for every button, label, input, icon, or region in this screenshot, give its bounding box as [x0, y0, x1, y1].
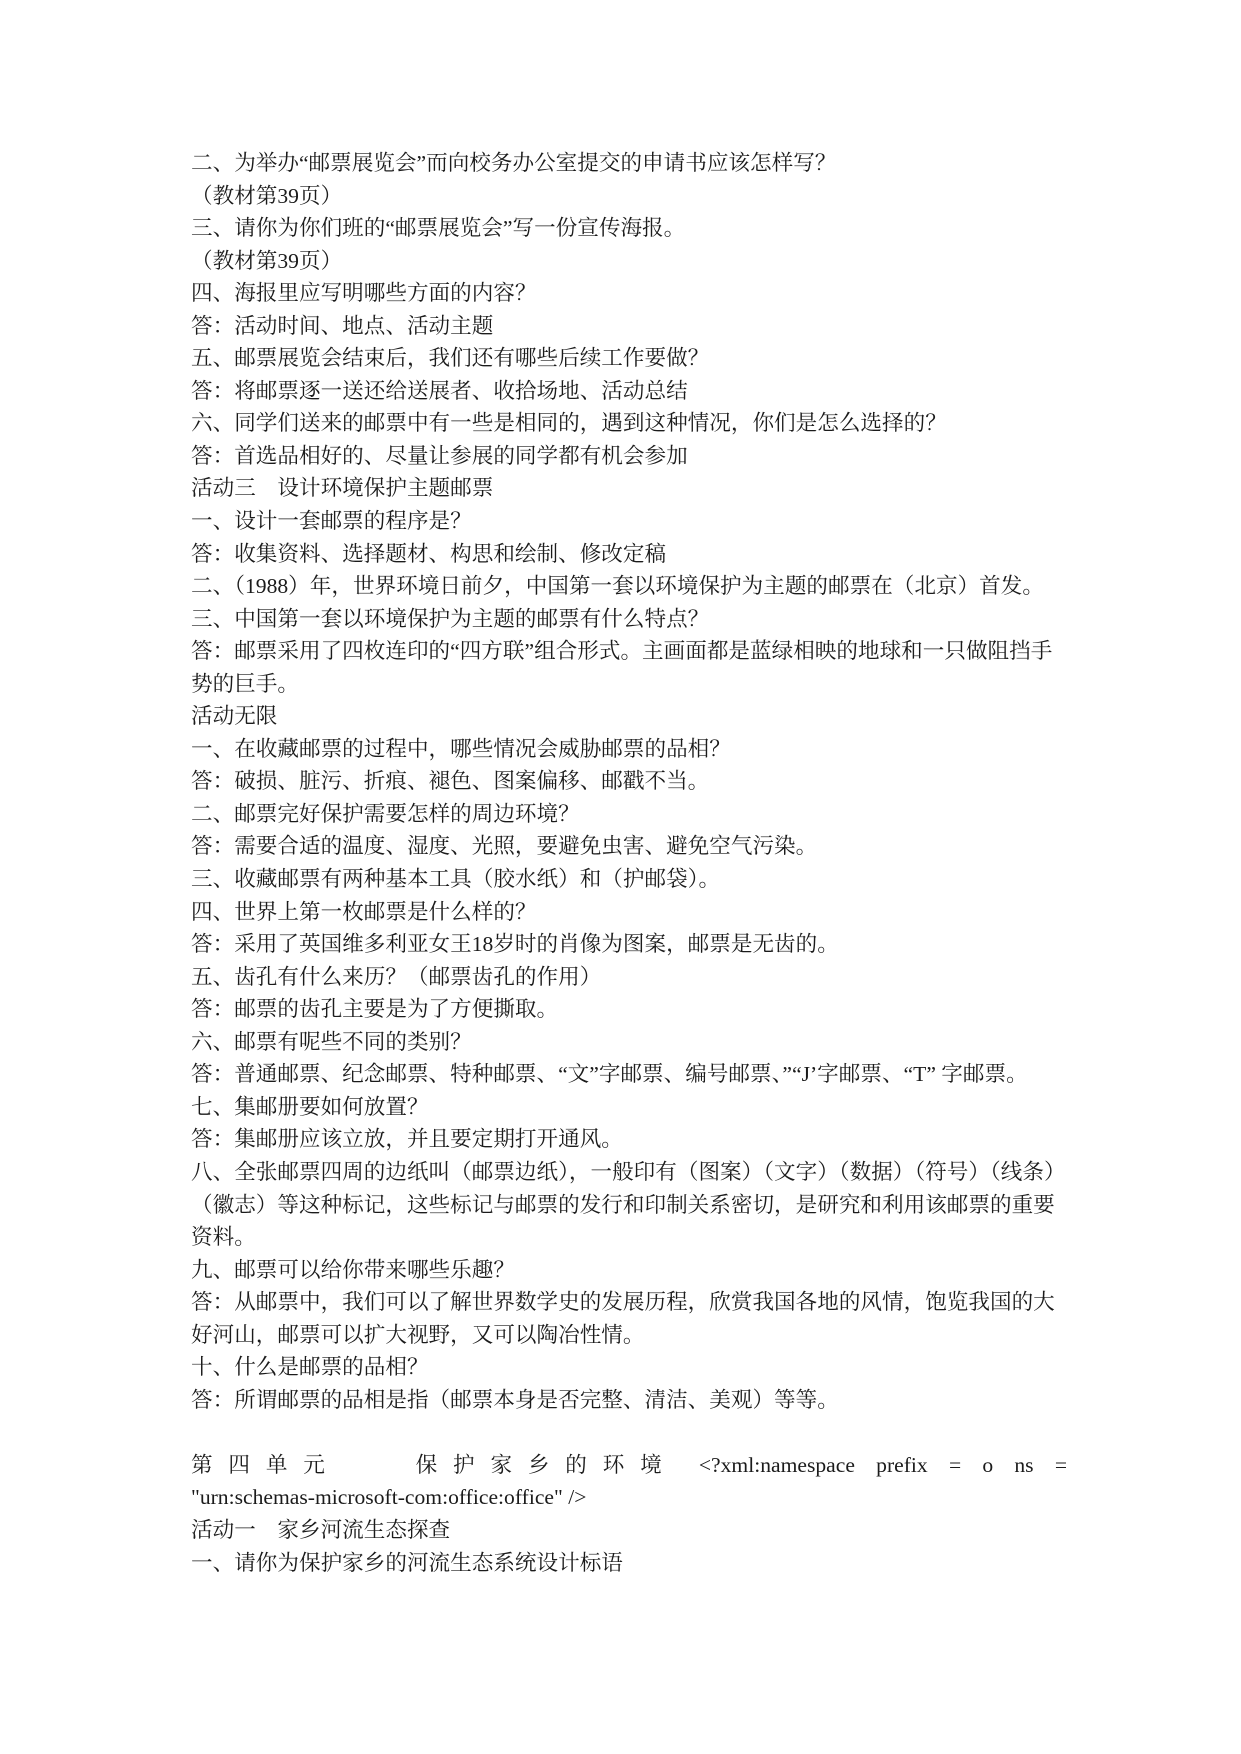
text-line: （教材第39页）: [191, 180, 1067, 213]
text-line: 答：首选品相好的、尽量让参展的同学都有机会参加: [191, 440, 1067, 473]
text-line: 资料。: [191, 1221, 1067, 1254]
text-line: 活动无限: [191, 700, 1067, 733]
text-line: 三、请你为你们班的“邮票展览会”写一份宣传海报。: [191, 212, 1067, 245]
text-line: 五、邮票展览会结束后，我们还有哪些后续工作要做？: [191, 342, 1067, 375]
text-line: 答：需要合适的温度、湿度、光照，要避免虫害、避免空气污染。: [191, 830, 1067, 863]
text-line: 十、什么是邮票的品相？: [191, 1351, 1067, 1384]
text-line: 好河山，邮票可以扩大视野，又可以陶冶性情。: [191, 1319, 1067, 1352]
text-line: 答：将邮票逐一送还给送展者、收拾场地、活动总结: [191, 375, 1067, 408]
text-line: （教材第39页）: [191, 245, 1067, 278]
blank-line: [191, 1416, 1067, 1449]
text-line: 二、为举办“邮票展览会”而向校务办公室提交的申请书应该怎样写？: [191, 147, 1067, 180]
text-line: 答：所谓邮票的品相是指（邮票本身是否完整、清洁、美观）等等。: [191, 1384, 1067, 1417]
text-line: 答：从邮票中，我们可以了解世界数学史的发展历程，欣赏我国各地的风情，饱览我国的大: [191, 1286, 1067, 1319]
document-page: 二、为举办“邮票展览会”而向校务办公室提交的申请书应该怎样写？（教材第39页）三…: [0, 0, 1241, 1754]
text-line: 答：邮票采用了四枚连印的“四方联”组合形式。主画面都是蓝绿相映的地球和一只做阻挡…: [191, 635, 1067, 668]
text-line: 二、邮票完好保护需要怎样的周边环境？: [191, 798, 1067, 831]
text-line: 六、邮票有呢些不同的类别？: [191, 1026, 1067, 1059]
text-line: 势的巨手。: [191, 668, 1067, 701]
text-line: 六、同学们送来的邮票中有一些是相同的，遇到这种情况，你们是怎么选择的？: [191, 407, 1067, 440]
text-line: 一、请你为保护家乡的河流生态系统设计标语: [191, 1547, 1067, 1580]
text-line: 答：普通邮票、纪念邮票、特种邮票、“文”字邮票、编号邮票、”“J’字邮票、“T”…: [191, 1058, 1067, 1091]
document-content: 二、为举办“邮票展览会”而向校务办公室提交的申请书应该怎样写？（教材第39页）三…: [191, 147, 1067, 1579]
text-line: 三、中国第一套以环境保护为主题的邮票有什么特点？: [191, 603, 1067, 636]
text-line: 三、收藏邮票有两种基本工具（胶水纸）和（护邮袋）。: [191, 863, 1067, 896]
text-line: 答：破损、脏污、折痕、褪色、图案偏移、邮戳不当。: [191, 765, 1067, 798]
text-line: 活动三 设计环境保护主题邮票: [191, 472, 1067, 505]
text-line: 一、设计一套邮票的程序是？: [191, 505, 1067, 538]
text-line: 第四单元 保护家乡的环境 <?xml:namespace prefix = o …: [191, 1449, 1067, 1482]
text-line: （徽志）等这种标记，这些标记与邮票的发行和印制关系密切，是研究和利用该邮票的重要: [191, 1189, 1067, 1222]
text-line: 二、（1988）年，世界环境日前夕，中国第一套以环境保护为主题的邮票在（北京）首…: [191, 570, 1067, 603]
text-line: "urn:schemas-microsoft-com:office:office…: [191, 1481, 1067, 1514]
text-line: 答：收集资料、选择题材、构思和绘制、修改定稿: [191, 538, 1067, 571]
text-line: 九、邮票可以给你带来哪些乐趣？: [191, 1254, 1067, 1287]
text-line: 四、世界上第一枚邮票是什么样的？: [191, 896, 1067, 929]
text-line: 七、集邮册要如何放置？: [191, 1091, 1067, 1124]
text-line: 八、全张邮票四周的边纸叫（邮票边纸），一般印有（图案）（文字）（数据）（符号）（…: [191, 1156, 1067, 1189]
text-line: 答：邮票的齿孔主要是为了方便撕取。: [191, 993, 1067, 1026]
text-line: 答：集邮册应该立放，并且要定期打开通风。: [191, 1123, 1067, 1156]
text-line: 五、齿孔有什么来历？（邮票齿孔的作用）: [191, 961, 1067, 994]
text-line: 活动一 家乡河流生态探查: [191, 1514, 1067, 1547]
text-line: 答：采用了英国维多利亚女王18岁时的肖像为图案，邮票是无齿的。: [191, 928, 1067, 961]
text-line: 答：活动时间、地点、活动主题: [191, 310, 1067, 343]
text-line: 四、海报里应写明哪些方面的内容？: [191, 277, 1067, 310]
text-line: 一、在收藏邮票的过程中，哪些情况会威胁邮票的品相？: [191, 733, 1067, 766]
